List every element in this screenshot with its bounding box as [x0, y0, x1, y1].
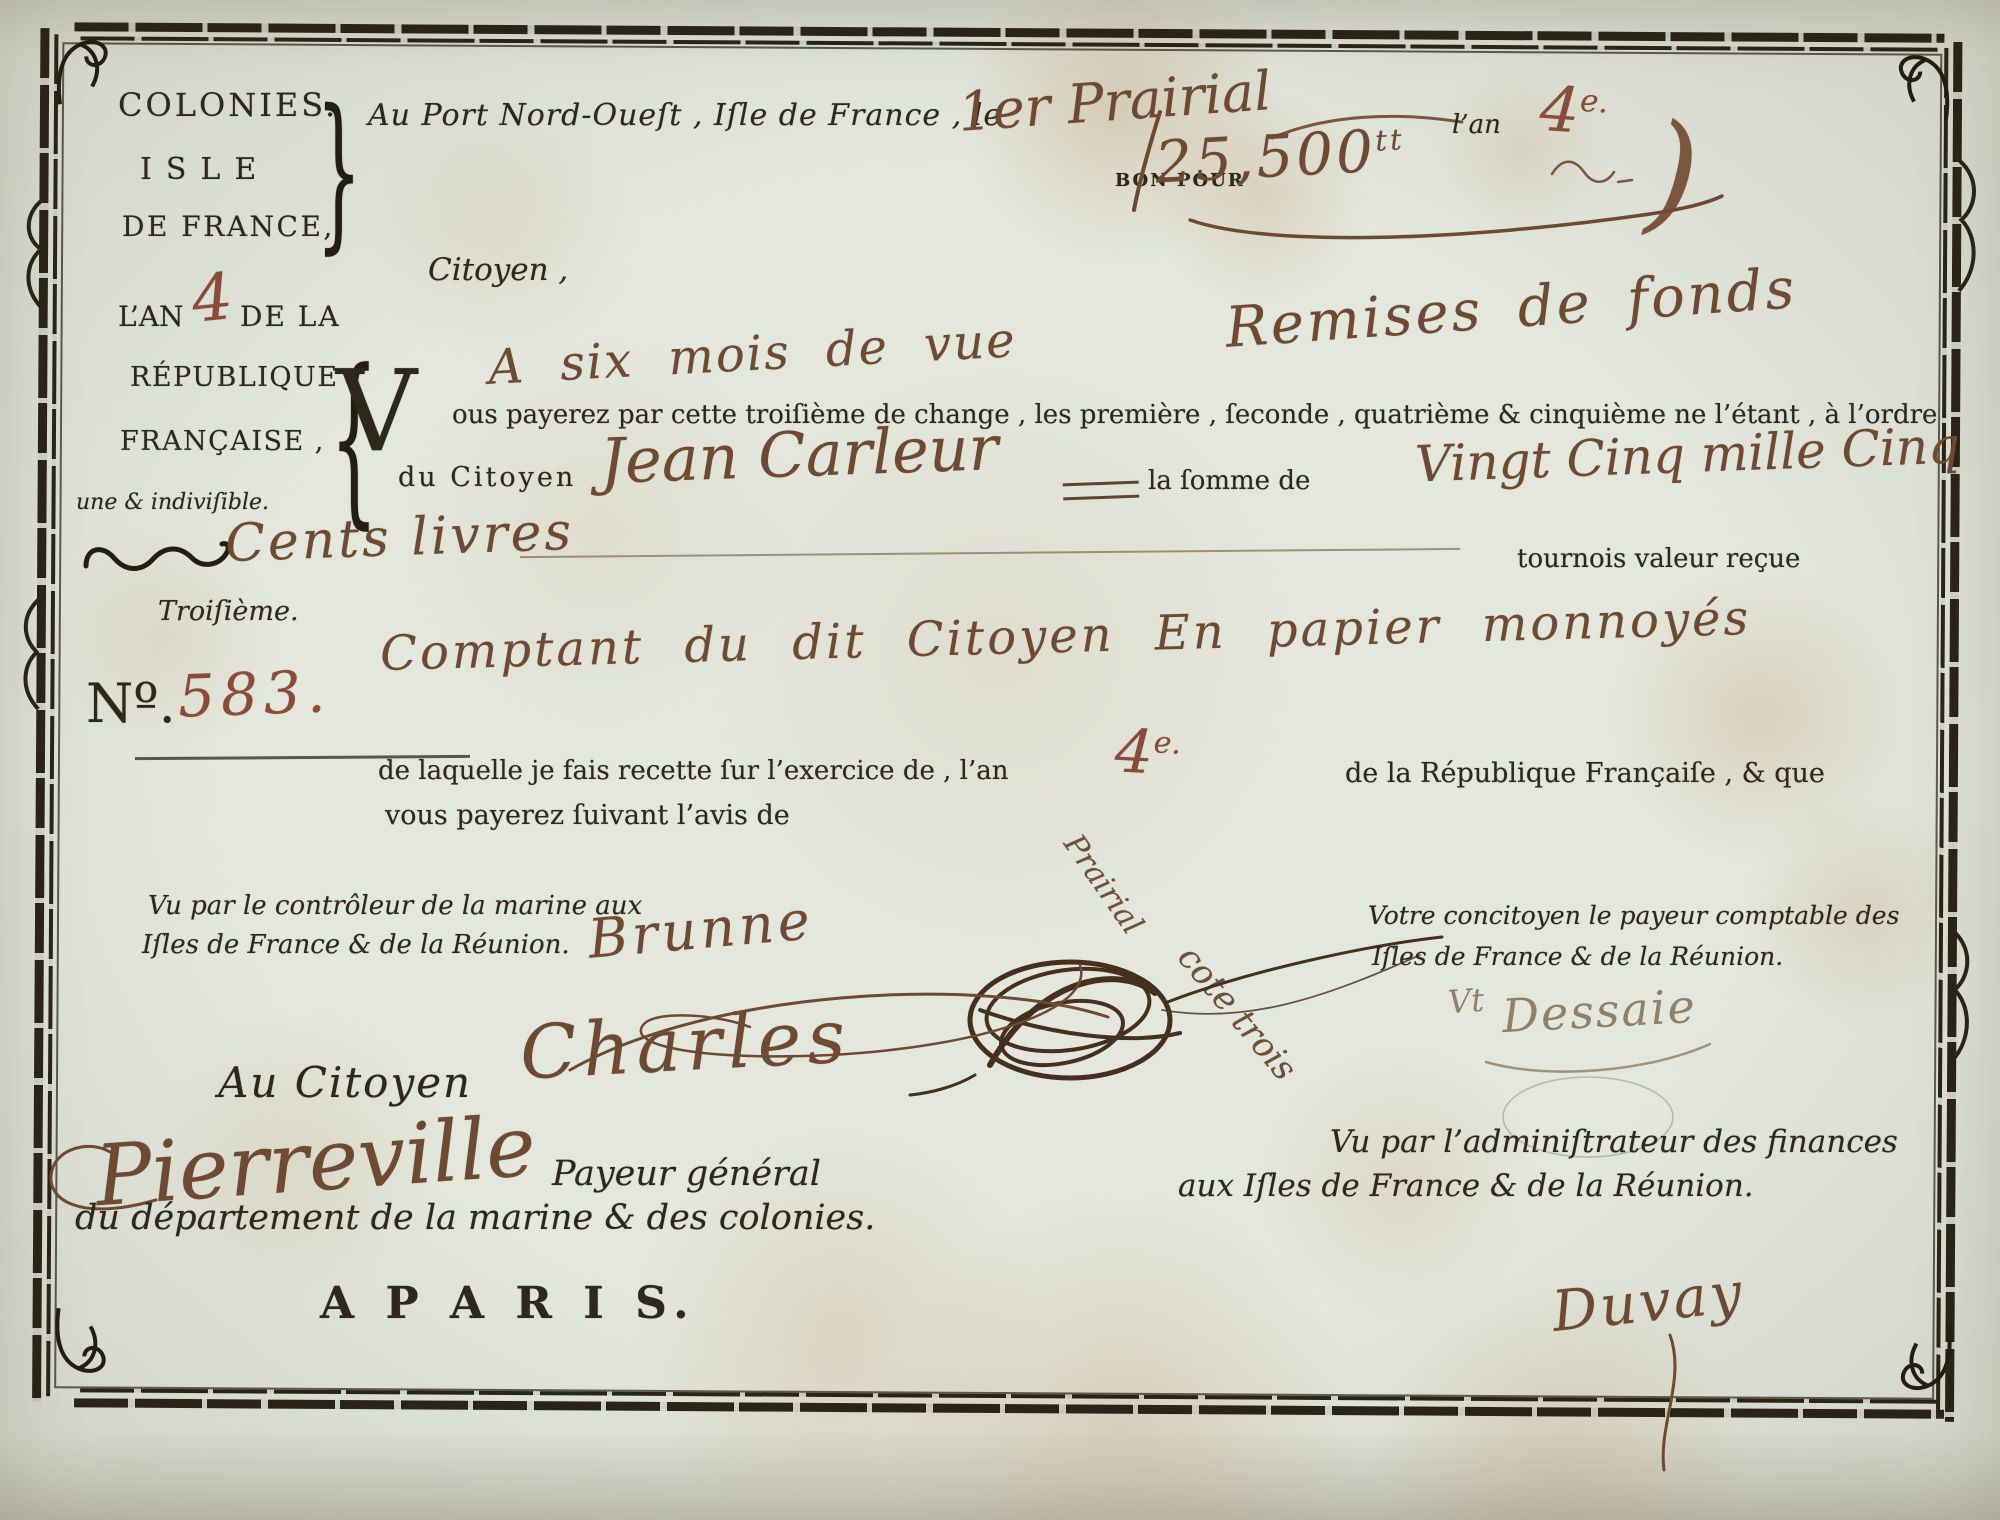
- panel-republique: RÉPUBLIQUE: [130, 362, 339, 393]
- panel-isle: ISLE: [140, 152, 270, 187]
- amount-words-b-handwritten: Cents livres: [224, 502, 575, 574]
- payer-visa-line2: Iſles de France & de la Réunion.: [1372, 942, 1783, 971]
- number-label: Nº.: [86, 672, 176, 735]
- body-la-somme: la ſomme de: [1148, 466, 1310, 496]
- body-du-citoyen: du Citoyen: [398, 462, 576, 493]
- edge-scroll-ornament: [1942, 926, 1983, 1066]
- panel-year-handwritten: 4: [188, 260, 236, 338]
- body-tournois: tournois valeur reçue: [1517, 544, 1800, 574]
- controller-visa-line1: Vu par le contrôleur de la marine aux: [148, 891, 642, 921]
- edge-scroll-ornament: [1949, 156, 1990, 296]
- exercise-year-sup: e.: [1153, 725, 1182, 761]
- panel-squiggle-ornament: [80, 538, 240, 580]
- amount-swash: [1130, 110, 1730, 250]
- admin-visa-line1: Vu par l’adminiſtrateur des finances: [1330, 1124, 1898, 1160]
- payee-handwritten: Jean Carleur: [599, 411, 1000, 498]
- recette-line1: de laquelle je fais recette ſur l’exerci…: [378, 756, 1009, 786]
- copy-label: Troiſième.: [158, 596, 299, 627]
- addressee-city: A P A R I S.: [320, 1278, 697, 1329]
- recette-line1b: de la République Françaiſe , & que: [1345, 758, 1825, 789]
- panel-une-indivisible: une & indiviſible.: [76, 490, 269, 515]
- panel-de-france: DE FRANCE,: [122, 210, 335, 243]
- exercise-year-num: 4: [1113, 716, 1155, 788]
- panel-de-la: DE LA: [240, 300, 341, 333]
- corner-scroll-ornament: [50, 1298, 120, 1378]
- equals-dash: [1063, 481, 1140, 501]
- payer-signature-initials: Vt: [1447, 981, 1486, 1021]
- controller-visa-line2: Iſles de France & de la Réunion.: [142, 930, 570, 960]
- panel-colonies: COLONIES.: [118, 86, 338, 124]
- recette-line2: vous payerez ſuivant l’avis de: [385, 800, 790, 831]
- addressee-title2: du département de la marine & des coloni…: [75, 1198, 875, 1238]
- corner-scroll-ornament: [1886, 1315, 1956, 1395]
- scanned-document: COLONIES. ISLE DE FRANCE, L’AN 4 DE LA R…: [0, 0, 2000, 1520]
- payer-visa-line1: Votre concitoyen le payeur comptable des: [1368, 901, 1899, 930]
- number-value-handwritten: 583.: [177, 657, 332, 730]
- admin-visa-line2: aux Iſles de France & de la Réunion.: [1178, 1168, 1754, 1204]
- admin-signature-tail: [1628, 1330, 1698, 1480]
- panel-brace-top: }: [316, 74, 362, 269]
- panel-francaise: FRANÇAISE ,: [120, 426, 325, 457]
- addressee-title1: Payeur général: [552, 1154, 821, 1194]
- exercise-year-handwritten: 4e.: [1113, 716, 1182, 789]
- panel-lan: L’AN: [118, 300, 184, 333]
- corner-scroll-ornament: [52, 34, 122, 114]
- addressee-prefix: Au Citoyen: [218, 1058, 472, 1107]
- body-initial: V: [336, 356, 417, 468]
- edge-scroll-ornament: [13, 194, 54, 314]
- dateline-place: Au Port Nord-Oueſt , Iſle de France , le: [368, 98, 1002, 133]
- edge-scroll-ornament: [8, 594, 49, 714]
- salutation: Citoyen ,: [428, 252, 568, 288]
- corner-scroll-ornament: [1884, 49, 1954, 129]
- addressee-flourish: [560, 975, 1120, 1085]
